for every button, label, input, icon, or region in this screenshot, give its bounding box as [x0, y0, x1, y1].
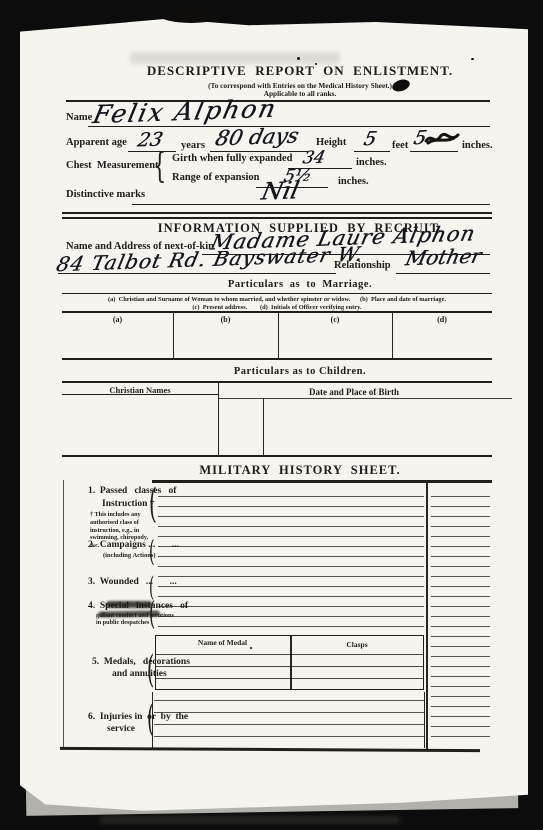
ink-smudge	[106, 601, 152, 608]
rule-line	[62, 455, 492, 457]
form-left-border	[63, 480, 64, 750]
military-item1-label: 1. Passed classes of	[88, 486, 176, 496]
paper-smudge	[100, 816, 400, 824]
brace-icon	[149, 484, 157, 524]
military-item5-label: 5. Medals, decorations	[92, 657, 190, 667]
feet-label: feet	[392, 140, 408, 151]
military-item6-label: 6. Injuries in or by the	[88, 712, 188, 722]
rule-line	[58, 273, 336, 274]
document-title: DESCRIPTIVE REPORT ON ENLISTMENT.	[90, 63, 510, 79]
age-days-value: 80 days	[213, 124, 301, 151]
years-label: years	[181, 140, 205, 151]
ink-speck	[297, 57, 300, 60]
height-label: Height	[316, 137, 346, 148]
medal-clasps-header: Clasps	[290, 640, 424, 649]
ruled-lines-main	[158, 487, 424, 633]
marriage-col-c: (c)	[278, 315, 392, 324]
ink-speck	[471, 58, 474, 60]
rule-line	[62, 293, 492, 294]
rule-line	[132, 204, 490, 205]
girth-label: Girth when fully expanded	[172, 153, 292, 164]
rule-line	[210, 151, 308, 152]
military-title: MILITARY HISTORY SHEET.	[90, 463, 510, 478]
table-vertical-line	[278, 313, 279, 358]
table-vertical-line	[424, 692, 425, 748]
ruled-lines-right-column	[431, 487, 490, 745]
brace-icon	[147, 700, 154, 737]
expansion-unit: inches.	[338, 176, 369, 187]
table-vertical-line	[218, 382, 219, 455]
military-item5-label2: and annuities	[112, 669, 167, 679]
rule-line	[410, 151, 458, 152]
height-feet-value: 5	[362, 128, 379, 150]
chest-label: Chest Measurement	[66, 160, 159, 171]
ruled-lines-lower	[154, 689, 424, 739]
table-vertical-line	[392, 313, 393, 358]
marriage-col-d: (d)	[392, 315, 492, 324]
marriage-note-1: (a) Christian and Surname of Woman to wh…	[62, 296, 492, 303]
rule-line	[62, 212, 492, 214]
rule-line	[156, 666, 423, 667]
rule-line	[62, 311, 492, 313]
brace-icon	[147, 651, 154, 688]
scan-background: DESCRIPTIVE REPORT ON ENLISTMENT. (To co…	[0, 0, 543, 830]
rule-line	[62, 358, 492, 360]
marriage-note-2: (c) Present address. (d) Initials of Off…	[62, 304, 492, 311]
inches-label: inches.	[462, 140, 493, 151]
rule-line	[354, 151, 390, 152]
rule-line	[62, 394, 218, 395]
rule-line	[156, 654, 423, 655]
ink-blot	[160, 8, 222, 23]
table-vertical-line	[173, 313, 174, 358]
apparent-age-label: Apparent age	[66, 137, 127, 148]
marriage-col-b: (b)	[173, 315, 278, 324]
marks-value: Nil	[259, 176, 302, 205]
brace-icon	[149, 597, 155, 629]
name-value: Felix Alphon	[90, 94, 280, 129]
rule-line	[152, 480, 492, 483]
brace-icon	[149, 537, 155, 566]
military-item6-label2: service	[107, 724, 135, 734]
marriage-title: Particulars as to Marriage.	[90, 279, 510, 290]
relationship-label: Relationship	[334, 260, 391, 271]
document-subtitle2: Applicable to all ranks.	[90, 89, 510, 98]
form-bottom-border	[60, 747, 480, 752]
military-item1-label2: Instruction †	[102, 499, 155, 509]
relationship-value: Mother	[403, 244, 484, 271]
rule-line	[62, 217, 492, 219]
military-item4-label3: in public despatches	[96, 619, 149, 626]
marks-label: Distinctive marks	[66, 189, 145, 200]
medal-name-header: Name of Medal	[155, 638, 290, 647]
name-label: Name	[66, 112, 92, 123]
rule-line	[62, 381, 492, 383]
rule-line	[156, 678, 423, 679]
ink-speck	[250, 647, 252, 649]
expansion-label: Range of expansion	[172, 172, 260, 183]
table-vertical-line	[263, 398, 264, 455]
military-item3-label: 3. Wounded ... ...	[88, 577, 177, 587]
chest-brace-icon	[153, 150, 166, 185]
ink-scribble	[424, 131, 460, 147]
girth-unit: inches.	[356, 157, 387, 168]
rule-line	[396, 273, 490, 274]
marriage-col-a: (a)	[62, 315, 173, 324]
children-col-birth: Date and Place of Birth	[218, 387, 490, 397]
military-item2-sub: (including Actions)	[103, 552, 156, 559]
military-item2-label: 2. Campaigns ... ...	[88, 540, 179, 550]
form-divider-line	[426, 480, 428, 750]
rule-line	[128, 151, 176, 152]
children-title: Particulars as to Children.	[90, 366, 510, 377]
